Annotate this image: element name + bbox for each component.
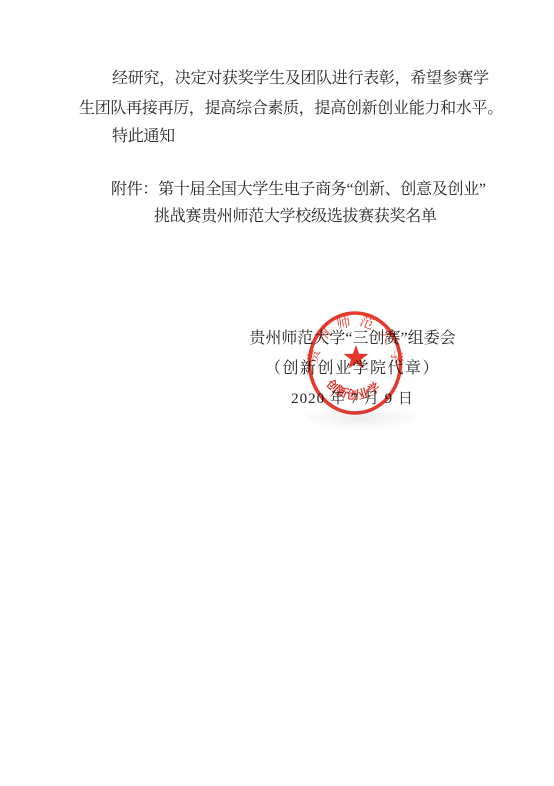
attachment-line-2: 挑战赛贵州师范大学校级选拔赛获奖名单 (154, 206, 437, 228)
official-seal-stamp: 贵州师范大学 创新创业学院 (303, 307, 407, 419)
closing-line: 特此通知 (112, 126, 175, 148)
paragraph-line-1: 经研究，决定对获奖学生及团队进行表彰，希望参赛学 (112, 68, 489, 90)
seal-star-icon (344, 345, 369, 369)
paragraph-line-2: 生团队再接再厉，提高综合素质，提高创新创业能力和水平。 (79, 98, 503, 120)
attachment-line-1: 附件：第十届全国大学生电子商务“创新、创意及创业” (111, 179, 486, 201)
document-page: 经研究，决定对获奖学生及团队进行表彰，希望参赛学 生团队再接再厉，提高综合素质，… (0, 0, 554, 786)
